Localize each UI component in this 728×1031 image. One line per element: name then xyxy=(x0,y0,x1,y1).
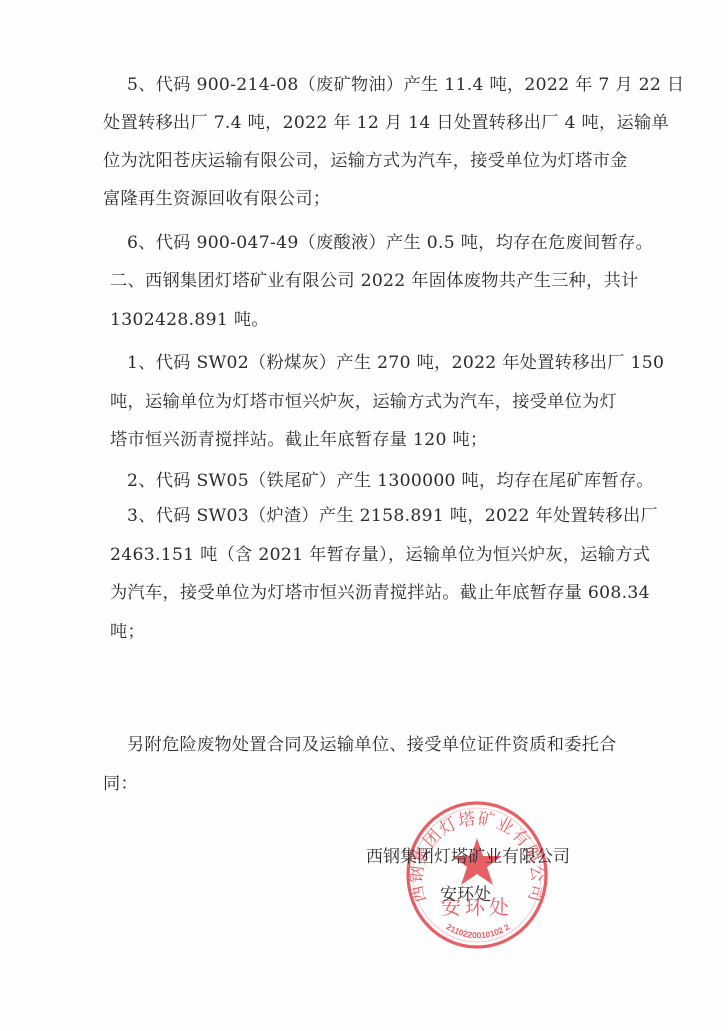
official-seal-stamp: 西钢集团灯塔矿业有限公司 安环处 2110220010102 2 xyxy=(404,800,550,950)
sw-item-3-line-1: 3、代码 SW03（炉渣）产生 2158.891 吨，2022 年处置转移出厂 xyxy=(127,505,613,527)
sw-item-1-line-3: 塔市恒兴沥青搅拌站。截止年底暂存量 120 吨； xyxy=(110,429,620,451)
sw-item-1-line-1: 1、代码 SW02（粉煤灰）产生 270 吨，2022 年处置转移出厂 150 xyxy=(127,352,613,374)
seal-serial-number: 2110220010102 2 xyxy=(445,921,512,940)
sw-item-3-line-4: 吨； xyxy=(110,621,620,643)
sw-item-3-line-2: 2463.151 吨（含 2021 年暂存量），运输单位为恒兴炉灰，运输方式 xyxy=(110,544,620,566)
item-5-line-1: 5、代码 900-214-08（废矿物油）产生 11.4 吨，2022 年 7 … xyxy=(127,74,613,96)
section-2-line-2: 1302428.891 吨。 xyxy=(110,309,620,331)
document-page: 5、代码 900-214-08（废矿物油）产生 11.4 吨，2022 年 7 … xyxy=(0,0,728,1031)
signature-company: 西钢集团灯塔矿业有限公司 xyxy=(366,846,570,868)
sw-item-1-line-2: 吨，运输单位为灯塔市恒兴炉灰，运输方式为汽车，接受单位为灯 xyxy=(110,391,620,413)
signature-department: 安环处 xyxy=(440,884,491,906)
item-5-line-4: 富隆再生资源回收有限公司； xyxy=(103,188,613,210)
attachment-note-line-2: 同： xyxy=(103,773,613,795)
item-5-line-3: 位为沈阳苍庆运输有限公司，运输方式为汽车，接受单位为灯塔市金 xyxy=(103,150,613,172)
sw-item-2-line-1: 2、代码 SW05（铁尾矿）产生 1300000 吨，均存在尾矿库暂存。 xyxy=(127,470,613,492)
sw-item-3-line-3: 为汽车，接受单位为灯塔市恒兴沥青搅拌站。截止年底暂存量 608.34 xyxy=(110,582,620,604)
item-5-line-2: 处置转移出厂 7.4 吨，2022 年 12 月 14 日处置转移出厂 4 吨，… xyxy=(103,112,613,134)
attachment-note-line-1: 另附危险废物处置合同及运输单位、接受单位证件资质和委托合 xyxy=(127,734,613,756)
section-2-line-1: 二、西钢集团灯塔矿业有限公司 2022 年固体废物共产生三种，共计 xyxy=(110,270,620,292)
item-6-line-1: 6、代码 900-047-49（废酸液）产生 0.5 吨，均存在危废间暂存。 xyxy=(127,232,613,254)
